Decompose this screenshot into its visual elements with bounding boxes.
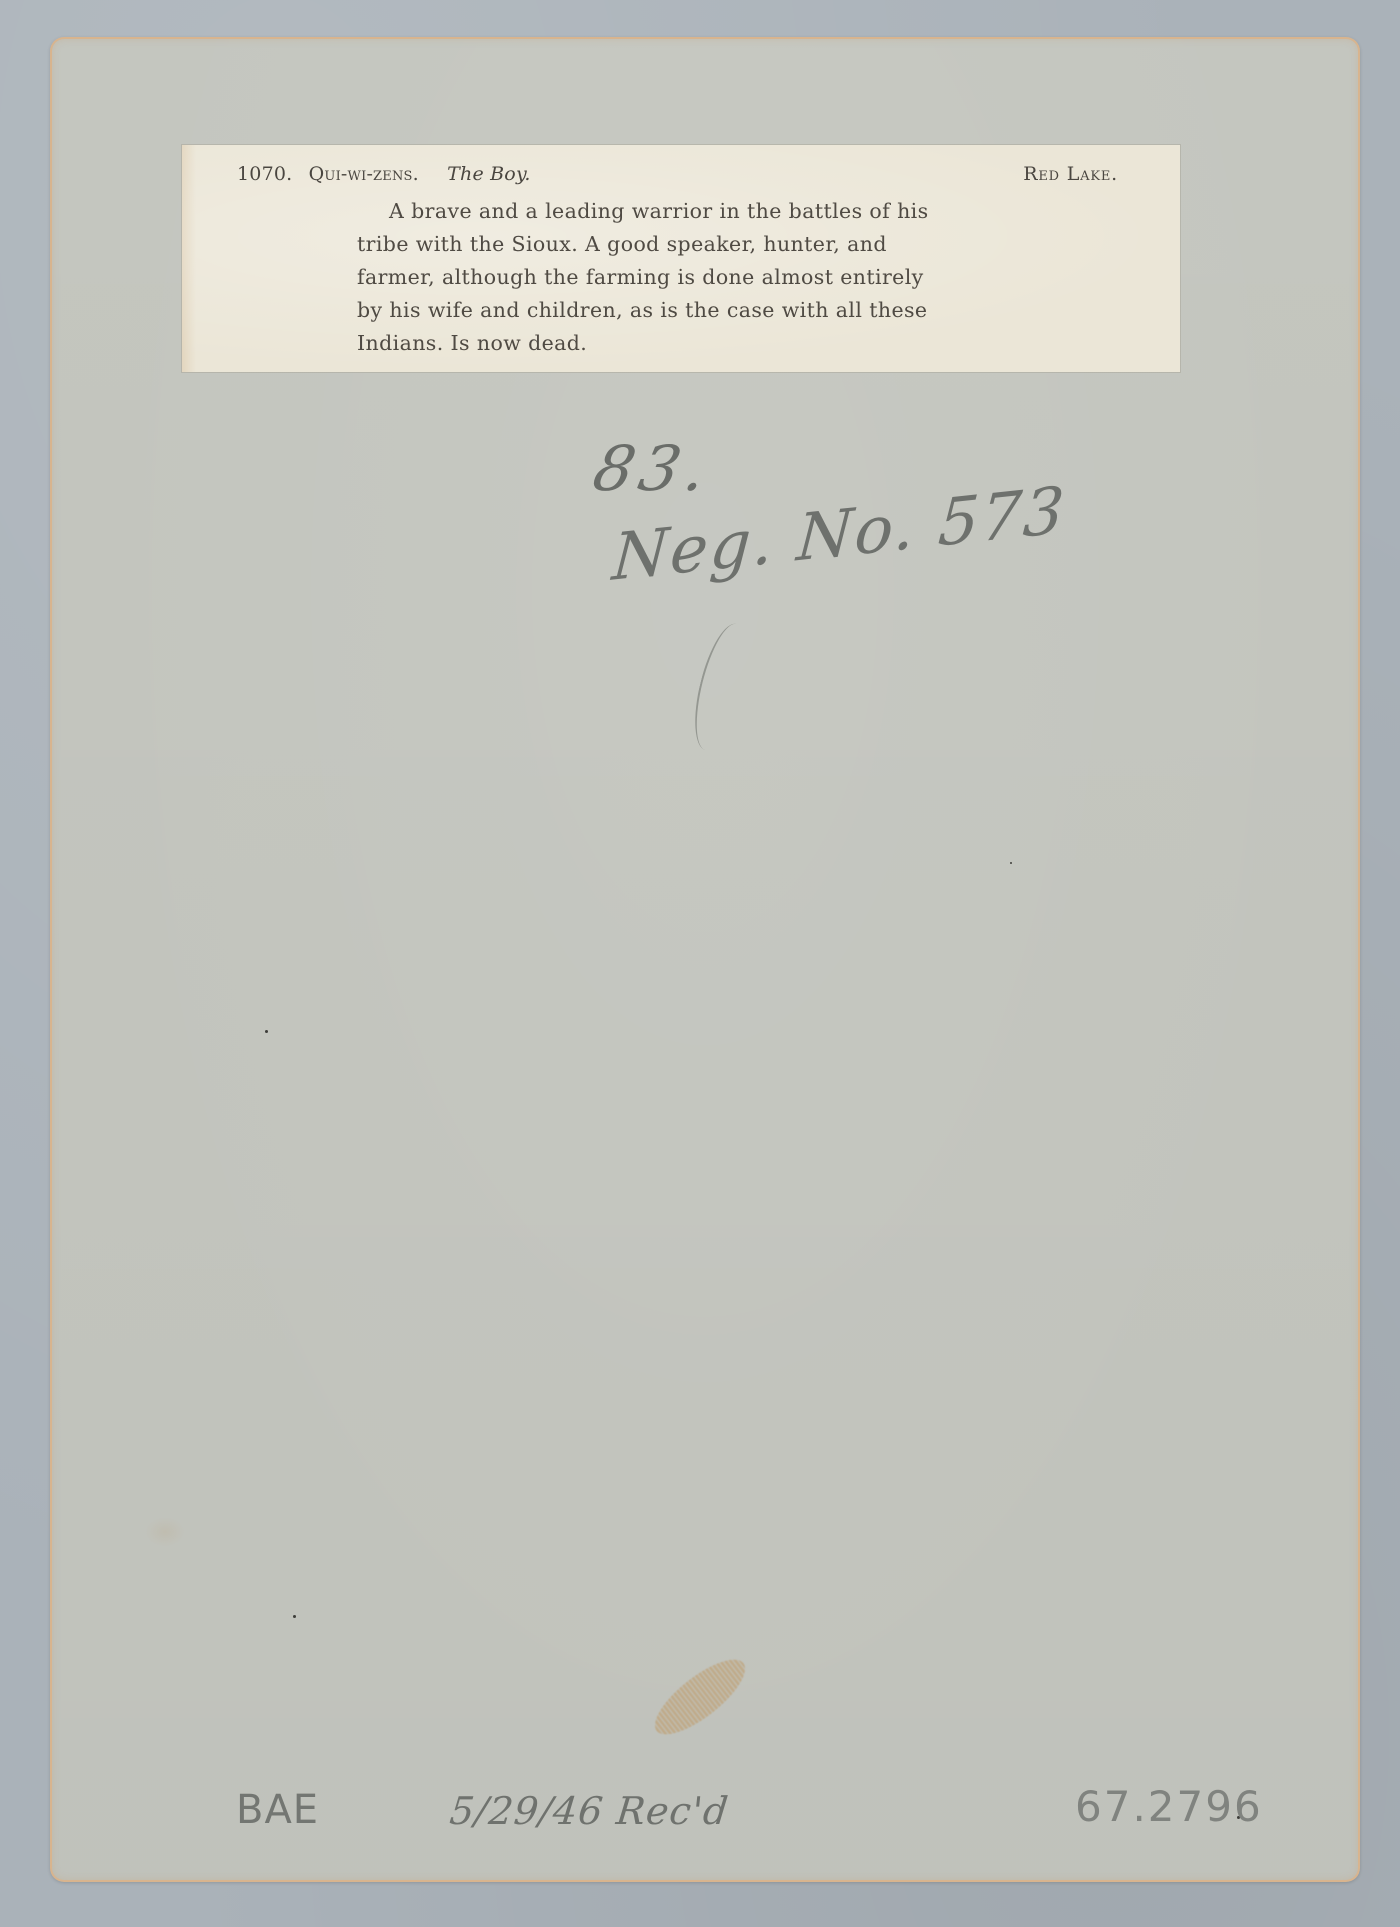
description-line: A brave and a leading warrior in the bat…	[357, 195, 1117, 228]
caption-description: A brave and a leading warrior in the bat…	[357, 195, 1117, 360]
paper-blemish	[145, 1517, 185, 1547]
description-line: tribe with the Sioux. A good speaker, hu…	[357, 228, 1117, 261]
handwritten-received-date: 5/29/46 Rec'd	[448, 1789, 731, 1833]
caption-number: 1070.	[237, 163, 292, 185]
dust-speck	[293, 1615, 296, 1618]
description-line: farmer, although the farming is done alm…	[357, 261, 1117, 294]
description-line: by his wife and children, as is the case…	[357, 294, 1117, 327]
dust-speck	[1010, 862, 1012, 864]
subject-name: Qui-wi-zens.	[309, 163, 419, 185]
handwritten-accession-number: 67.2796	[1075, 1782, 1263, 1831]
description-line: Indians. Is now dead.	[357, 327, 1117, 360]
subject-place: Red Lake.	[1023, 163, 1118, 185]
dust-speck	[265, 1030, 268, 1033]
caption-heading: 1070. Qui-wi-zens. The Boy. Red Lake.	[237, 163, 1118, 191]
stain-mark	[644, 1647, 755, 1746]
handwritten-collection: BAE	[236, 1787, 319, 1833]
subject-alias: The Boy.	[447, 163, 530, 185]
card-mount: 1070. Qui-wi-zens. The Boy. Red Lake. A …	[50, 37, 1360, 1882]
printed-caption-label: 1070. Qui-wi-zens. The Boy. Red Lake. A …	[182, 145, 1180, 372]
pencil-stroke	[685, 619, 757, 755]
handwritten-catalog-number: 83.	[587, 432, 719, 505]
